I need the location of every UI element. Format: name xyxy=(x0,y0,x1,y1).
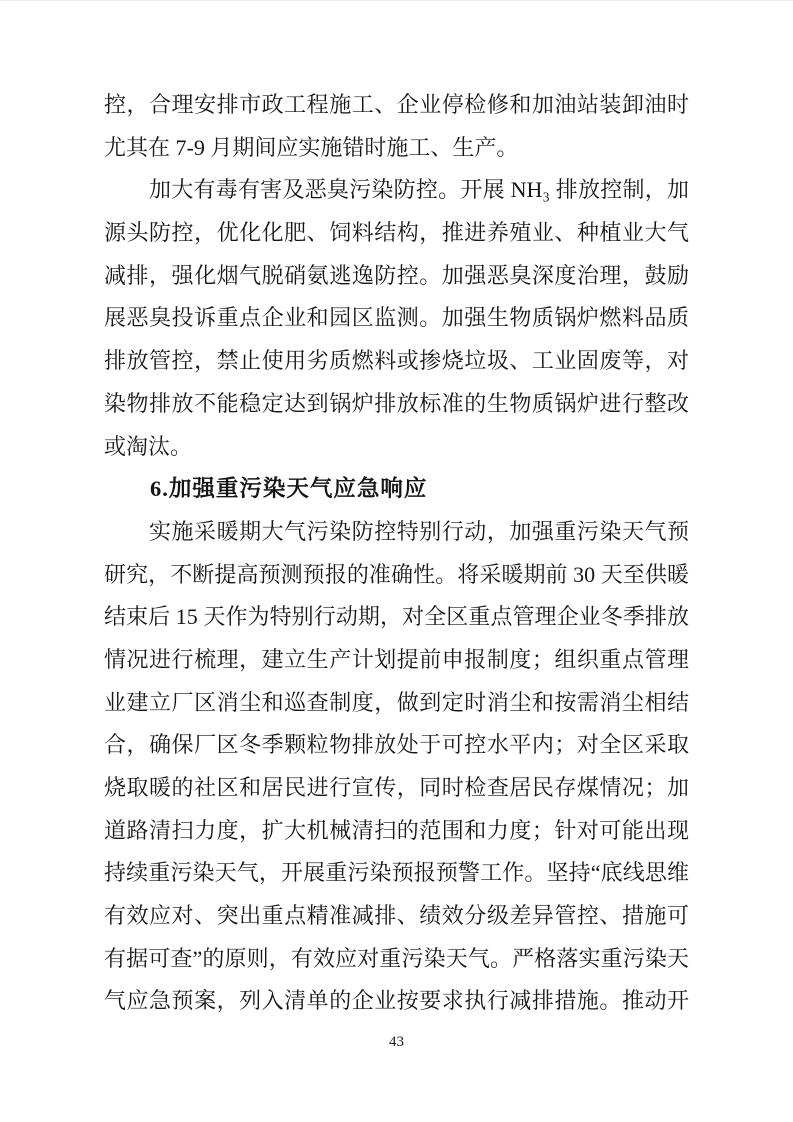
text-line: 实施采暖期大气污染防控特别行动，加强重污染天气预警 xyxy=(104,511,689,554)
text-line: 或淘汰。 xyxy=(104,426,689,469)
text-line: 源头防控，优化化肥、饲料结构，推进养殖业、种植业大气氨 xyxy=(104,212,689,255)
text-line: 染物排放不能稳定达到锅炉排放标准的生物质锅炉进行整改 xyxy=(104,383,689,426)
text-line: 有效应对、突出重点精准减排、绩效分级差异管控、措施可行 xyxy=(104,895,689,938)
page-number: 43 xyxy=(0,1034,793,1051)
paragraph-odor-control: 加大有毒有害及恶臭污染防控。开展 NH₃ 排放控制，加强源头防控，优化化肥、饲料… xyxy=(104,169,689,468)
text-line: 气应急预案，列入清单的企业按要求执行减排措施。推动开展 xyxy=(104,980,689,1023)
text-line: 结束后 15 天作为特别行动期，对全区重点管理企业冬季排放 xyxy=(104,596,689,639)
text-line: 尤其在 7-9 月期间应实施错时施工、生产。 xyxy=(104,127,689,170)
paragraph-heavy-pollution-response: 实施采暖期大气污染防控特别行动，加强重污染天气预警研究，不断提高预测预报的准确性… xyxy=(104,511,689,1023)
text-line: 加大有毒有害及恶臭污染防控。开展 NH₃ 排放控制，加强 xyxy=(104,169,689,212)
section-heading: 6.加强重污染天气应急响应 xyxy=(104,468,689,511)
text-line: 道路清扫力度，扩大机械清扫的范围和力度；针对可能出现的 xyxy=(104,810,689,853)
text-line: 控，合理安排市政工程施工、企业停检修和加油站装卸油时间， xyxy=(104,84,689,127)
text-line: 合，确保厂区冬季颗粒物排放处于可控水平内；对全区采取散 xyxy=(104,724,689,767)
text-line: 减排，强化烟气脱硝氨逃逸防控。加强恶臭深度治理，鼓励开 xyxy=(104,255,689,298)
text-line: 持续重污染天气，开展重污染预报预警工作。坚持“底线思维 xyxy=(104,852,689,895)
page-body: 控，合理安排市政工程施工、企业停检修和加油站装卸油时间，尤其在 7-9 月期间应… xyxy=(104,84,689,1023)
document-page: 控，合理安排市政工程施工、企业停检修和加油站装卸油时间，尤其在 7-9 月期间应… xyxy=(0,0,793,1122)
text-line: 情况进行梳理，建立生产计划提前申报制度；组织重点管理企 xyxy=(104,639,689,682)
text-line: 展恶臭投诉重点企业和园区监测。加强生物质锅炉燃料品质及 xyxy=(104,297,689,340)
text-line: 业建立厂区消尘和巡查制度，做到定时消尘和按需消尘相结 xyxy=(104,682,689,725)
paragraph-continuation: 控，合理安排市政工程施工、企业停检修和加油站装卸油时间，尤其在 7-9 月期间应… xyxy=(104,84,689,169)
text-line: 有据可查”的原则，有效应对重污染天气。严格落实重污染天 xyxy=(104,938,689,981)
text-line: 烧取暖的社区和居民进行宣传，同时检查居民存煤情况；加大 xyxy=(104,767,689,810)
text-line: 排放管控，禁止使用劣质燃料或掺烧垃圾、工业固废等，对污 xyxy=(104,340,689,383)
text-line: 研究，不断提高预测预报的准确性。将采暖期前 30 天至供暖 xyxy=(104,554,689,597)
